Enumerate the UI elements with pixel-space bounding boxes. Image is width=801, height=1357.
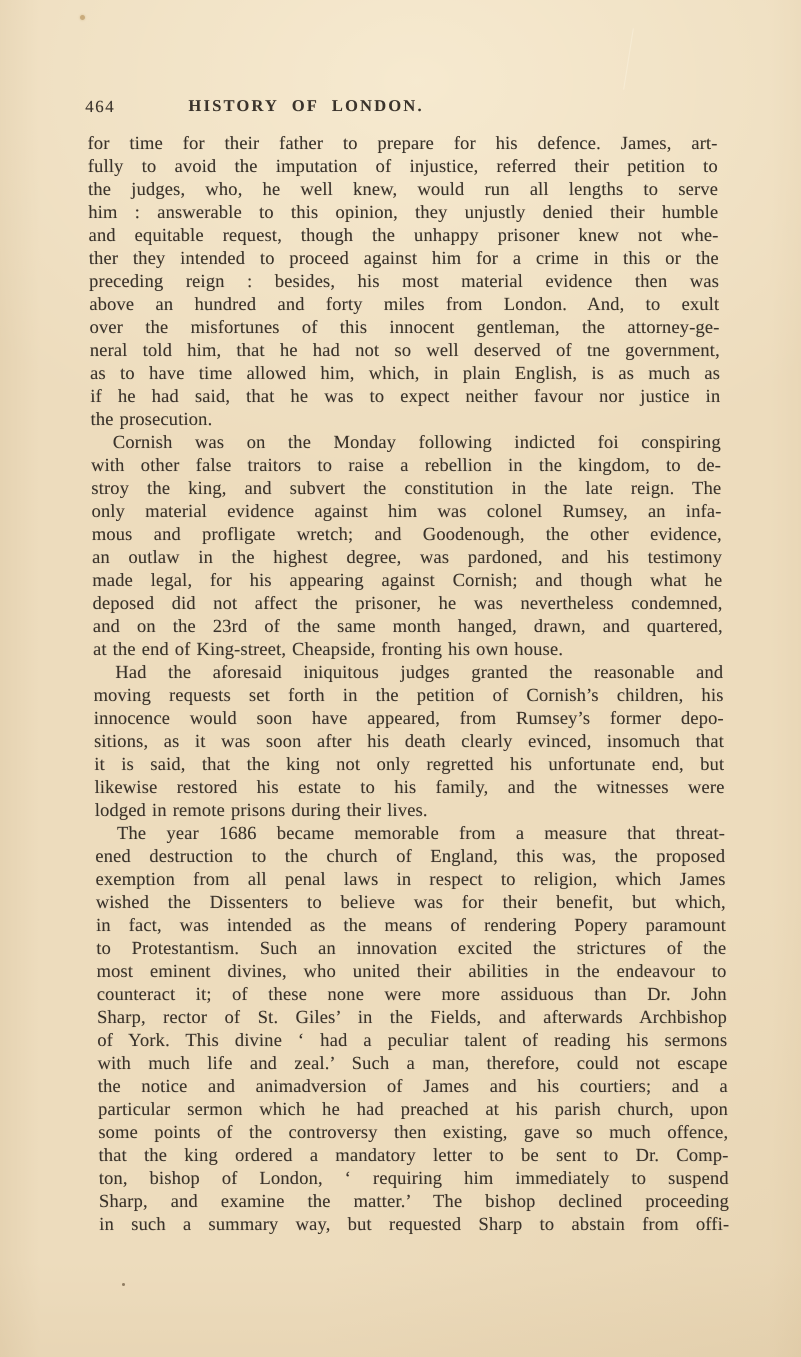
text-line: in such a summary way, but requested Sha… [99, 1214, 729, 1237]
text-line: at the end of King-street, Cheapside, fr… [93, 639, 723, 662]
text-line: only material evidence against him was c… [91, 501, 721, 524]
text-line: it is said, that the king not only regre… [94, 754, 724, 777]
text-line: moving requests set forth in the petitio… [93, 685, 723, 708]
text-line: for time for their father to prepare for… [87, 133, 717, 156]
text-line: over the misfortunes of this innocent ge… [89, 317, 719, 340]
text-line: deposed did not affect the prisoner, he … [92, 593, 722, 616]
text-line: that the king ordered a mandatory letter… [98, 1145, 728, 1168]
text-line: ther they intended to proceed against hi… [89, 248, 719, 271]
text-line: to Protestantism. Such an innovation exc… [96, 938, 726, 961]
text-line: Sharp, rector of St. Giles’ in the Field… [97, 1007, 727, 1030]
text-block: for time for their father to prepare for… [87, 133, 729, 1237]
paragraph: for time for their father to prepare for… [87, 133, 720, 432]
text-line: with much life and zeal.’ Such a man, th… [97, 1053, 727, 1076]
text-line: of York. This divine ‘ had a peculiar ta… [97, 1030, 727, 1053]
text-line: stroy the king, and subvert the constitu… [91, 478, 721, 501]
paragraph: Cornish was on the Monday following indi… [91, 432, 723, 662]
text-line: Cornish was on the Monday following indi… [91, 432, 721, 455]
text-line: Sharp, and examine the matter.’ The bish… [99, 1191, 729, 1214]
text-line: above an hundred and forty miles from Lo… [89, 294, 719, 317]
text-line: him : answerable to this opinion, they u… [88, 202, 718, 225]
text-line: ened destruction to the church of Englan… [95, 846, 725, 869]
text-line: mous and profligate wretch; and Goodenou… [92, 524, 722, 547]
text-line: and on the 23rd of the same month hanged… [93, 616, 723, 639]
paragraph: The year 1686 became memorable from a me… [95, 823, 729, 1237]
text-line: innocence would soon have appeared, from… [94, 708, 724, 731]
book-page: 464 HISTORY OF LONDON. for time for thei… [0, 0, 801, 1357]
text-line: lodged in remote prisons during their li… [95, 800, 725, 823]
text-line: the prosecution. [90, 409, 720, 432]
text-line: the judges, who, he well knew, would run… [88, 179, 718, 202]
text-line: likewise restored his estate to his fami… [94, 777, 724, 800]
paragraph: Had the aforesaid iniquitous judges gran… [93, 662, 725, 823]
page-content: 464 HISTORY OF LONDON. for time for thei… [0, 0, 801, 1357]
text-line: made legal, for his appearing against Co… [92, 570, 722, 593]
text-line: if he had said, that he was to expect ne… [90, 386, 720, 409]
text-line: neral told him, that he had not so well … [90, 340, 720, 363]
text-line: wished the Dissenters to believe was for… [96, 892, 726, 915]
text-line: fully to avoid the imputation of injusti… [88, 156, 718, 179]
text-line: ton, bishop of London, ‘ requiring him i… [99, 1168, 729, 1191]
text-line: an outlaw in the highest degree, was par… [92, 547, 722, 570]
text-line: some points of the controversy then exis… [98, 1122, 728, 1145]
page-number: 464 [85, 97, 115, 117]
text-line: particular sermon which he had preached … [98, 1099, 728, 1122]
text-line: most eminent divines, who united their a… [96, 961, 726, 984]
text-line: the notice and animadversion of James an… [98, 1076, 728, 1099]
running-title: HISTORY OF LONDON. [188, 96, 424, 116]
text-line: as to have time allowed him, which, in p… [90, 363, 720, 386]
text-line: preceding reign : besides, his most mate… [89, 271, 719, 294]
text-line: with other false traitors to raise a reb… [91, 455, 721, 478]
running-header: 464 HISTORY OF LONDON. [1, 96, 801, 118]
text-line: counteract it; of these none were more a… [97, 984, 727, 1007]
text-line: and equitable request, though the unhapp… [88, 225, 718, 248]
text-line: in fact, was intended as the means of re… [96, 915, 726, 938]
text-line: Had the aforesaid iniquitous judges gran… [93, 662, 723, 685]
text-line: sitions, as it was soon after his death … [94, 731, 724, 754]
text-line: exemption from all penal laws in respect… [95, 869, 725, 892]
text-line: The year 1686 became memorable from a me… [95, 823, 725, 846]
